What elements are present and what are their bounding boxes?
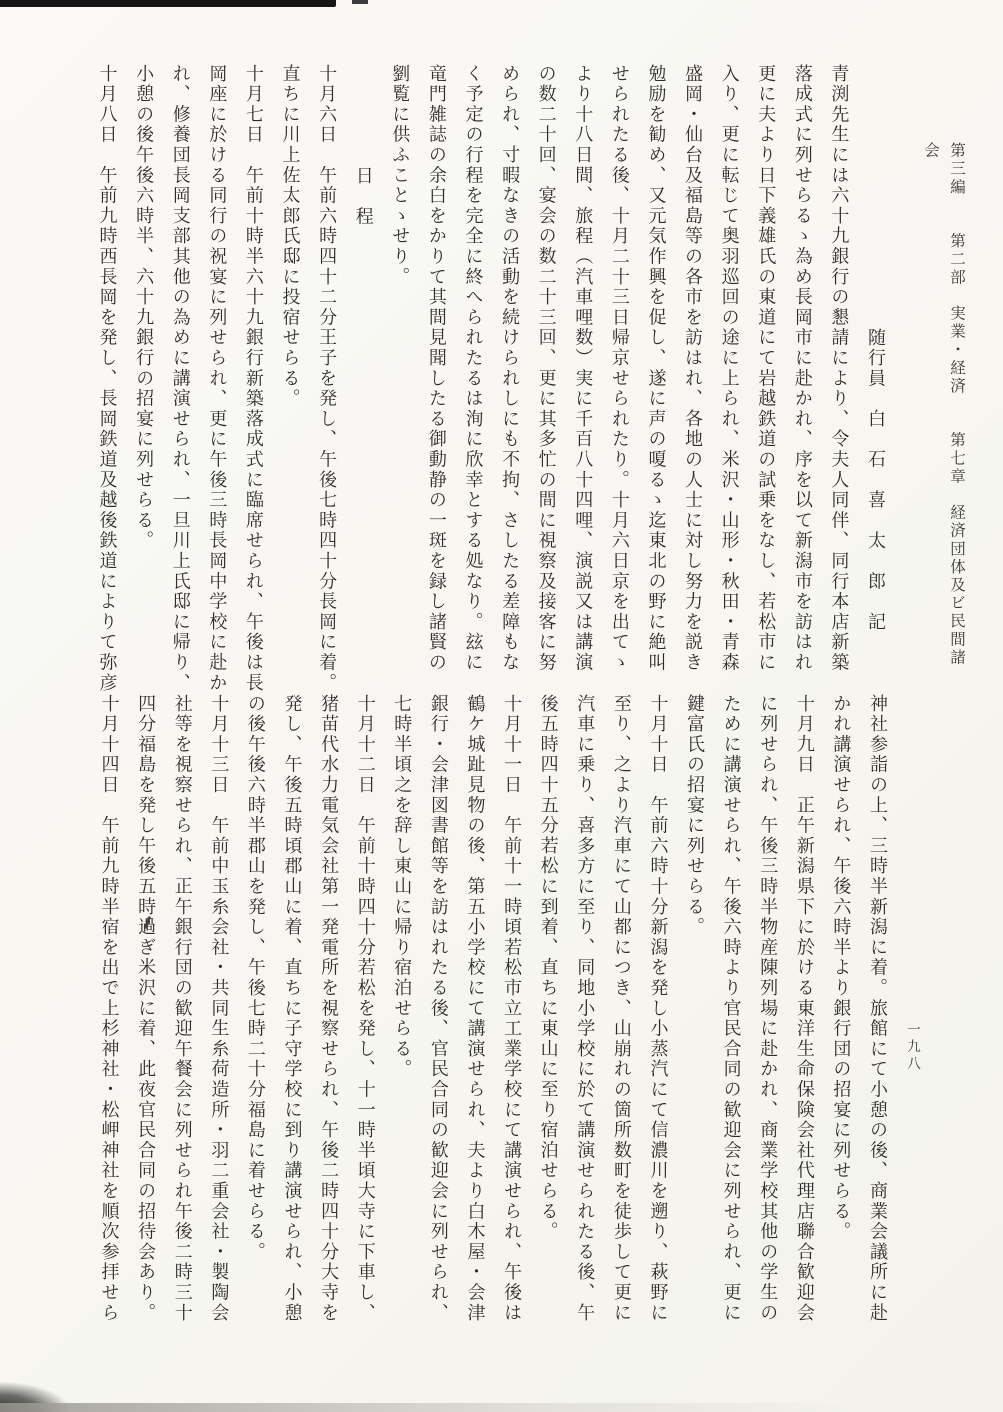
text-column: れ、修養団長岡支部其他の為めに講演せられ、一旦川上氏邸に帰り、 xyxy=(161,64,198,698)
scan-artifact-top-notch xyxy=(352,0,368,4)
text-column: く予定の行程を完全に終へられたるは洵に欣幸とする処なり。玆に xyxy=(454,64,491,698)
text-column: 鍵富氏の招宴に列せらる。 xyxy=(675,694,712,1328)
text-column: 劉覧に供ふことゝせり。 xyxy=(381,64,418,698)
text-column: 入り、更に転じて奥羽巡回の途に上られ、米沢・山形・秋田・青森 xyxy=(710,64,747,698)
text-column: 十月十四日 午前九時半宿を出で上杉神社・松岬神社を順次参拝せら xyxy=(90,694,127,1328)
text-column: 日 程 xyxy=(344,64,381,800)
text-column: 後五時四十五分若松に到着、直ちに東山に至り宿泊せらる。 xyxy=(529,694,566,1328)
text-column: 勉励を勧め、又元気作興を促し、遂に声の嗄るゝ迄東北の野に絶叫 xyxy=(637,64,674,698)
text-column: に列せられ、午後三時半物産陳列場に赴かれ、商業学校其他の学生の xyxy=(749,694,786,1328)
chapter-header: 第三編 第二部 実業・経済 第七章 経済団体及ビ民間諸会 xyxy=(918,142,970,672)
bottom-text-block: 神社参詣の上、三時半新潟に着。旅館にて小憩の後、商業会議所に赴かれ講演せられ、午… xyxy=(87,694,895,1342)
text-column: 発し、午後五時頃郡山に着、直ちに子守学校に到り講演せられ、小憩 xyxy=(273,694,310,1328)
top-text-block: 随行員 白 石 喜 太 郎 記青渕先生には六十九銀行の懇請により、令夫人同伴、同… xyxy=(87,64,893,712)
text-column: 竜門雑誌の余白をかりて其間見聞したる御動静の一斑を録し諸賢の xyxy=(417,64,454,698)
text-column: 直ちに川上佐太郎氏邸に投宿せらる。 xyxy=(271,64,308,698)
text-column: 青渕先生には六十九銀行の懇請により、令夫人同伴、同行本店新築 xyxy=(820,64,857,698)
text-column: 落成式に列せらるゝ為め長岡市に赴かれ、序を以て新潟市を訪はれ xyxy=(783,64,820,698)
text-column: 汽車に乗り、喜多方に至り、同地小学校に於て講演せられたる後、午 xyxy=(566,694,603,1328)
text-column: 小憩の後午後六時半、六十九銀行の招宴に列せらる。 xyxy=(125,64,162,698)
text-column: 至り、之より汽車にて山都につき、山崩れの箇所数町を徒歩して更に xyxy=(602,694,639,1328)
text-column: かれ講演せられ、午後六時半より銀行団の招宴に列せらる。 xyxy=(822,694,859,1328)
text-column: められ、寸暇なきの活動を続けられしにも不拘、さしたる差障もな xyxy=(490,64,527,698)
page-number: 一九八 xyxy=(901,1022,923,1102)
text-column: 十月九日 正午新潟県下に於ける東洋生命保険会社代理店聯合歓迎会 xyxy=(785,694,822,1328)
scan-artifact-top-bar xyxy=(0,0,336,7)
text-column: 十月八日 午前九時西長岡を発し、長岡鉄道及越後鉄道によりて弥彦 xyxy=(88,64,125,698)
text-column: より十八日間、旅程（汽車哩数）実に千百八十四哩、演説又は講演 xyxy=(564,64,601,698)
text-column: ために講演せられ、午後六時より官民合同の歓迎会に列せられ、更に xyxy=(712,694,749,1328)
text-column: 銀行・会津図書館等を訪はれたる後、官民合同の歓迎会に列せられ、 xyxy=(419,694,456,1328)
text-column: せられたる後、十月二十三日帰京せられたり。十月六日京を出てゝ xyxy=(600,64,637,698)
text-column: 岡座に於ける同行の祝宴に列せられ、更に午後三時長岡中学校に赴か xyxy=(198,64,235,698)
text-column: 十月十三日 午前中玉糸会社・共同生糸荷造所・羽二重会社・製陶会 xyxy=(200,694,237,1328)
text-column: 猪苗代水力電気会社第一発電所を視察せられ、午後二時四十分大寺を xyxy=(310,694,347,1328)
text-column: 鶴ケ城趾見物の後、第五小学校にて講演せられ、夫より白木屋・会津 xyxy=(456,694,493,1328)
text-column: 四分福島を発し午後五時過ぎ米沢に着、此夜官民合同の招待会あり。 xyxy=(127,694,164,1328)
text-column: の数二十回、宴会の数二十三回、更に其多忙の間に視察及接客に努 xyxy=(527,64,564,698)
text-column: 社等を視察せられ、正午銀行団の歓迎午餐会に列せられ午後二時三十 xyxy=(163,694,200,1328)
text-column: の後午後六時半郡山を発し、午後七時二十分福島に着せらる。 xyxy=(236,694,273,1328)
text-column: 盛岡・仙台及福島等の各市を訪はれ、各地の人士に対し努力を説き xyxy=(673,64,710,698)
text-column: 神社参詣の上、三時半新潟に着。旅館にて小憩の後、商業会議所に赴 xyxy=(858,694,895,1328)
text-column: 十月十二日 午前十時四十分若松を発し、十一時半頃大寺に下車し、 xyxy=(346,694,383,1328)
text-column: 十月十日 午前六時十分新潟を発し小蒸汽にて信濃川を遡り、萩野に xyxy=(639,694,676,1328)
text-column: 更に夫より日下義雄氏の東道にて岩越鉄道の試乗をなし、若松市に xyxy=(747,64,784,698)
scan-artifact-bottom-band xyxy=(0,1403,860,1412)
scanned-book-page: 第三編 第二部 実業・経済 第七章 経済団体及ビ民間諸会 一九八 随行員 白 石… xyxy=(0,0,1003,1412)
text-column: 十月十一日 午前十一時頃若松市立工業学校にて講演せられ、午後は xyxy=(492,694,529,1328)
text-column: 七時半頃之を辞し東山に帰り宿泊せらる。 xyxy=(383,694,420,1328)
text-column: 十月七日 午前十時半六十九銀行新築落成式に臨席せられ、午後は長 xyxy=(234,64,271,698)
text-column: 十月六日 午前六時四十二分王子を発し、午後七時四十分長岡に着。 xyxy=(308,64,345,698)
